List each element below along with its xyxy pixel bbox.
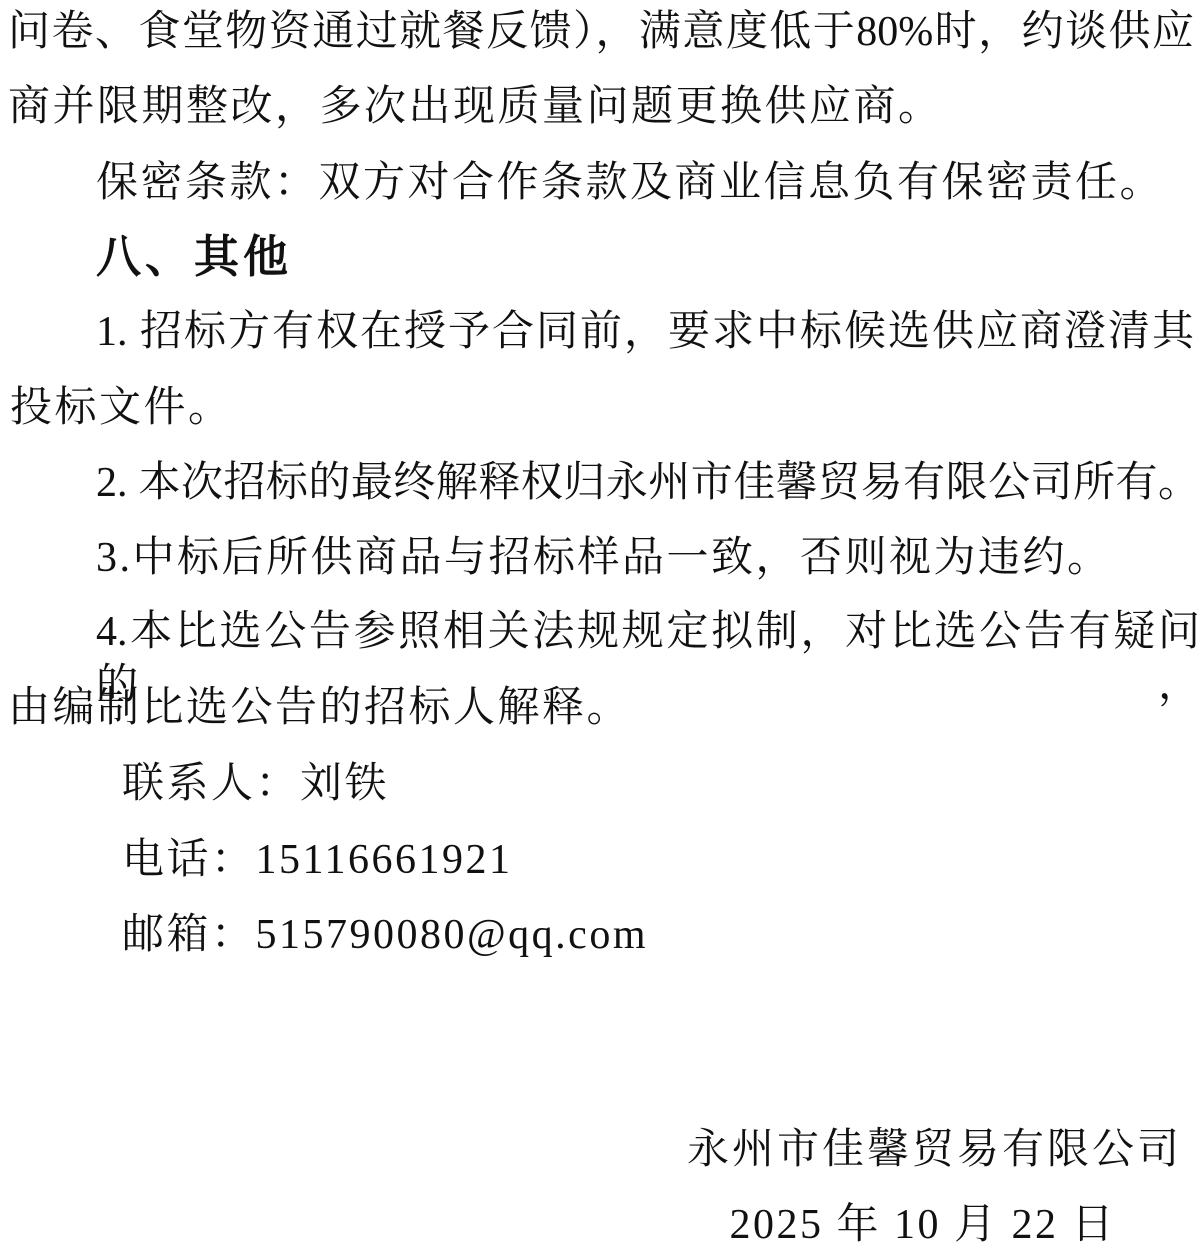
signature-date: 2025 年 10 月 22 日 (729, 1199, 1116, 1252)
document-page: 问卷、食堂物资通过就餐反馈），满意度低于80%时，约谈供应 商并限期整改，多次出… (0, 0, 1202, 1256)
para-satisfaction-line-2: 商并限期整改，多次出现质量问题更换供应商。 (8, 81, 943, 134)
item-3: 3.中标后所供商品与招标样品一致，否则视为违约。 (96, 532, 1112, 585)
para-satisfaction-line-1: 问卷、食堂物资通过就餐反馈），满意度低于80%时，约谈供应 (8, 6, 1194, 59)
para-confidentiality: 保密条款：双方对合作条款及商业信息负有保密责任。 (96, 157, 1164, 210)
item-1-line-1: 1. 招标方有权在授予合同前，要求中标候选供应商澄清其 (96, 306, 1194, 359)
contact-email: 邮箱：515790080@qq.com (122, 909, 648, 962)
section-heading-other: 八、其他 (96, 229, 292, 285)
item-4-line-2: 由编制比选公告的招标人解释。 (8, 682, 631, 735)
contact-person: 联系人：刘铁 (122, 758, 389, 811)
item-1-line-2: 投标文件。 (10, 382, 233, 435)
signature-company: 永州市佳馨贸易有限公司 (687, 1124, 1182, 1177)
contact-phone: 电话：15116661921 (122, 834, 512, 887)
item-2: 2. 本次招标的最终解释权归永州市佳馨贸易有限公司所有。 (96, 457, 1200, 510)
